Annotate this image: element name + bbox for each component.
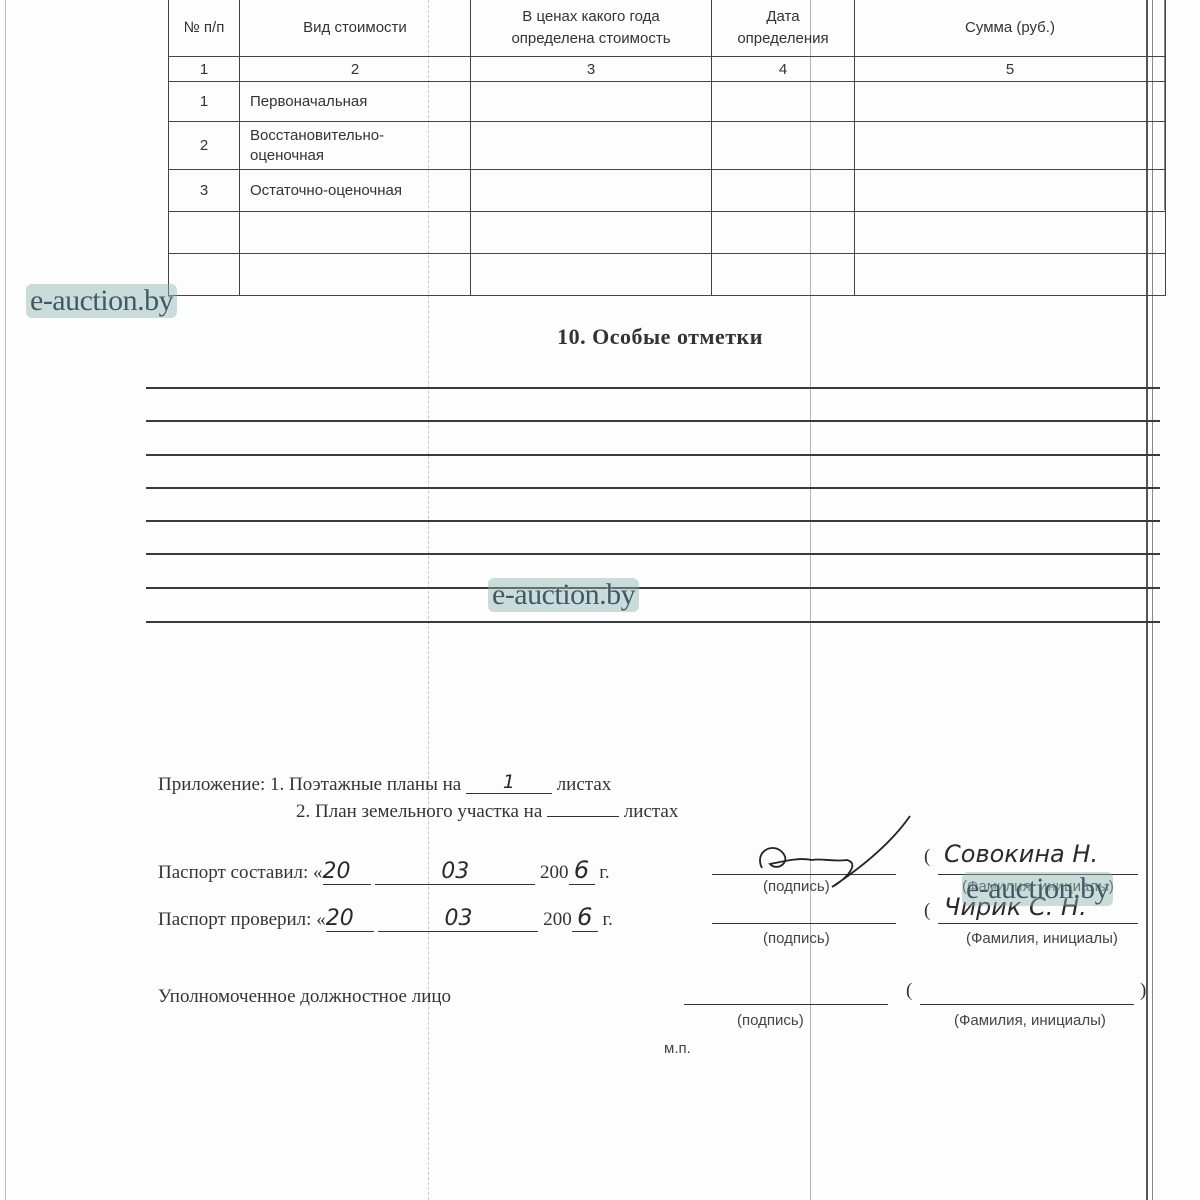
row-date	[712, 82, 855, 122]
row-number	[169, 254, 240, 296]
row-year	[471, 254, 712, 296]
cost-table: № п/п Вид стоимости В ценах какого года …	[168, 0, 1166, 296]
row-date	[712, 212, 855, 254]
authorized-signature-caption: (подпись)	[737, 1012, 804, 1029]
compiled-month-field[interactable]: 03	[375, 859, 535, 885]
row-cost-type: Остаточно-оценочная	[240, 170, 471, 212]
row-year	[471, 212, 712, 254]
header-sum: Сумма (руб.)	[855, 0, 1166, 57]
notes-line	[146, 520, 1160, 522]
appendix-item2-suffix: листах	[624, 801, 679, 822]
table-row: 2 Восстановительно-оценочная	[169, 122, 1166, 170]
compiled-name-field[interactable]: Совокина Н.	[944, 840, 1098, 868]
stamp-placeholder: м.п.	[664, 1040, 691, 1057]
row-date	[712, 122, 855, 170]
authorized-signature-line[interactable]	[684, 1004, 888, 1005]
column-number: 4	[712, 57, 855, 82]
header-price-year: В ценах какого года определена стоимость	[471, 0, 712, 57]
table-header-row: № п/п Вид стоимости В ценах какого года …	[169, 0, 1166, 57]
compiled-year-suffix: г.	[599, 862, 609, 883]
compiled-label: Паспорт составил:	[158, 862, 308, 883]
page-edge	[5, 0, 6, 1200]
row-year	[471, 170, 712, 212]
row-number: 2	[169, 122, 240, 170]
appendix-item2-prefix: 2. План земельного участка на	[296, 801, 542, 822]
compiled-day-field[interactable]: 20	[323, 859, 371, 885]
watermark: e-auction.by	[962, 872, 1113, 906]
row-number	[169, 212, 240, 254]
table-row: 3 Остаточно-оценочная	[169, 170, 1166, 212]
notes-line	[146, 553, 1160, 555]
checked-label: Паспорт проверил:	[158, 909, 311, 930]
row-cost-type: Первоначальная	[240, 82, 471, 122]
land-plan-count-field[interactable]	[547, 800, 619, 817]
checked-year-suffix: г.	[602, 909, 612, 930]
row-date	[712, 254, 855, 296]
row-number: 1	[169, 82, 240, 122]
notes-line	[146, 387, 1160, 389]
checked-name-paren-open: (	[924, 900, 930, 922]
column-number: 3	[471, 57, 712, 82]
table-row	[169, 212, 1166, 254]
notes-line	[146, 621, 1160, 623]
appendix-item-1: Приложение: 1. Поэтажные планы на 1 лист…	[158, 773, 611, 796]
column-number: 2	[240, 57, 471, 82]
column-number: 5	[855, 57, 1166, 82]
header-cost-type: Вид стоимости	[240, 0, 471, 57]
row-sum	[855, 170, 1166, 212]
checked-month-field[interactable]: 03	[378, 906, 538, 932]
header-date: Дата определения	[712, 0, 855, 57]
compiled-name-paren-open: (	[924, 846, 930, 868]
checked-name-line	[938, 923, 1138, 924]
checked-day-field[interactable]: 20	[326, 906, 374, 932]
appendix-item-2: 2. План земельного участка на листах	[296, 800, 678, 823]
notes-line	[146, 420, 1160, 422]
row-year	[471, 122, 712, 170]
column-number: 1	[169, 57, 240, 82]
checked-row: Паспорт проверил: «20 03 2006 г.	[158, 903, 613, 932]
watermark: e-auction.by	[488, 578, 639, 612]
open-quote: «	[316, 909, 326, 930]
appendix-item1-suffix: листах	[557, 774, 612, 795]
compiled-year-prefix: 200	[540, 862, 569, 883]
table-row	[169, 254, 1166, 296]
checked-signature-line[interactable]	[712, 923, 896, 924]
authorized-name-caption: (Фамилия, инициалы)	[954, 1012, 1106, 1029]
notes-line	[146, 587, 1160, 589]
checked-signature-caption: (подпись)	[763, 930, 830, 947]
row-cost-type: Восстановительно-оценочная	[240, 122, 471, 170]
header-number: № п/п	[169, 0, 240, 57]
checked-year-field[interactable]: 6	[572, 903, 598, 932]
row-date	[712, 170, 855, 212]
authorized-name-paren-close: )	[1140, 980, 1146, 1002]
row-sum	[855, 212, 1166, 254]
special-notes-title: 10. Особые отметки	[0, 324, 1200, 350]
appendix-item1-prefix: 1. Поэтажные планы на	[270, 774, 461, 795]
row-cost-type-text: Восстановительно-оценочная	[250, 126, 425, 166]
notes-line	[146, 454, 1160, 456]
row-number: 3	[169, 170, 240, 212]
notes-line	[146, 487, 1160, 489]
row-sum	[855, 254, 1166, 296]
row-cost-type	[240, 212, 471, 254]
authorized-name-paren-open: (	[906, 980, 912, 1002]
watermark: e-auction.by	[26, 284, 177, 318]
authorized-label: Уполномоченное должностное лицо	[158, 986, 451, 1008]
floor-plans-count-field[interactable]: 1	[466, 771, 552, 794]
authorized-name-line[interactable]	[920, 1004, 1134, 1005]
compiled-signature-caption: (подпись)	[763, 878, 830, 895]
table-row: 1 Первоначальная	[169, 82, 1166, 122]
row-cost-type	[240, 254, 471, 296]
checked-year-prefix: 200	[543, 909, 572, 930]
checked-name-caption: (Фамилия, инициалы)	[966, 930, 1118, 947]
row-year	[471, 82, 712, 122]
open-quote: «	[313, 862, 323, 883]
compiled-row: Паспорт составил: «20 03 2006 г.	[158, 856, 610, 885]
appendix-label: Приложение:	[158, 774, 265, 795]
row-sum	[855, 122, 1166, 170]
column-number-row: 1 2 3 4 5	[169, 57, 1166, 82]
compiled-year-field[interactable]: 6	[569, 856, 595, 885]
row-sum	[855, 82, 1166, 122]
